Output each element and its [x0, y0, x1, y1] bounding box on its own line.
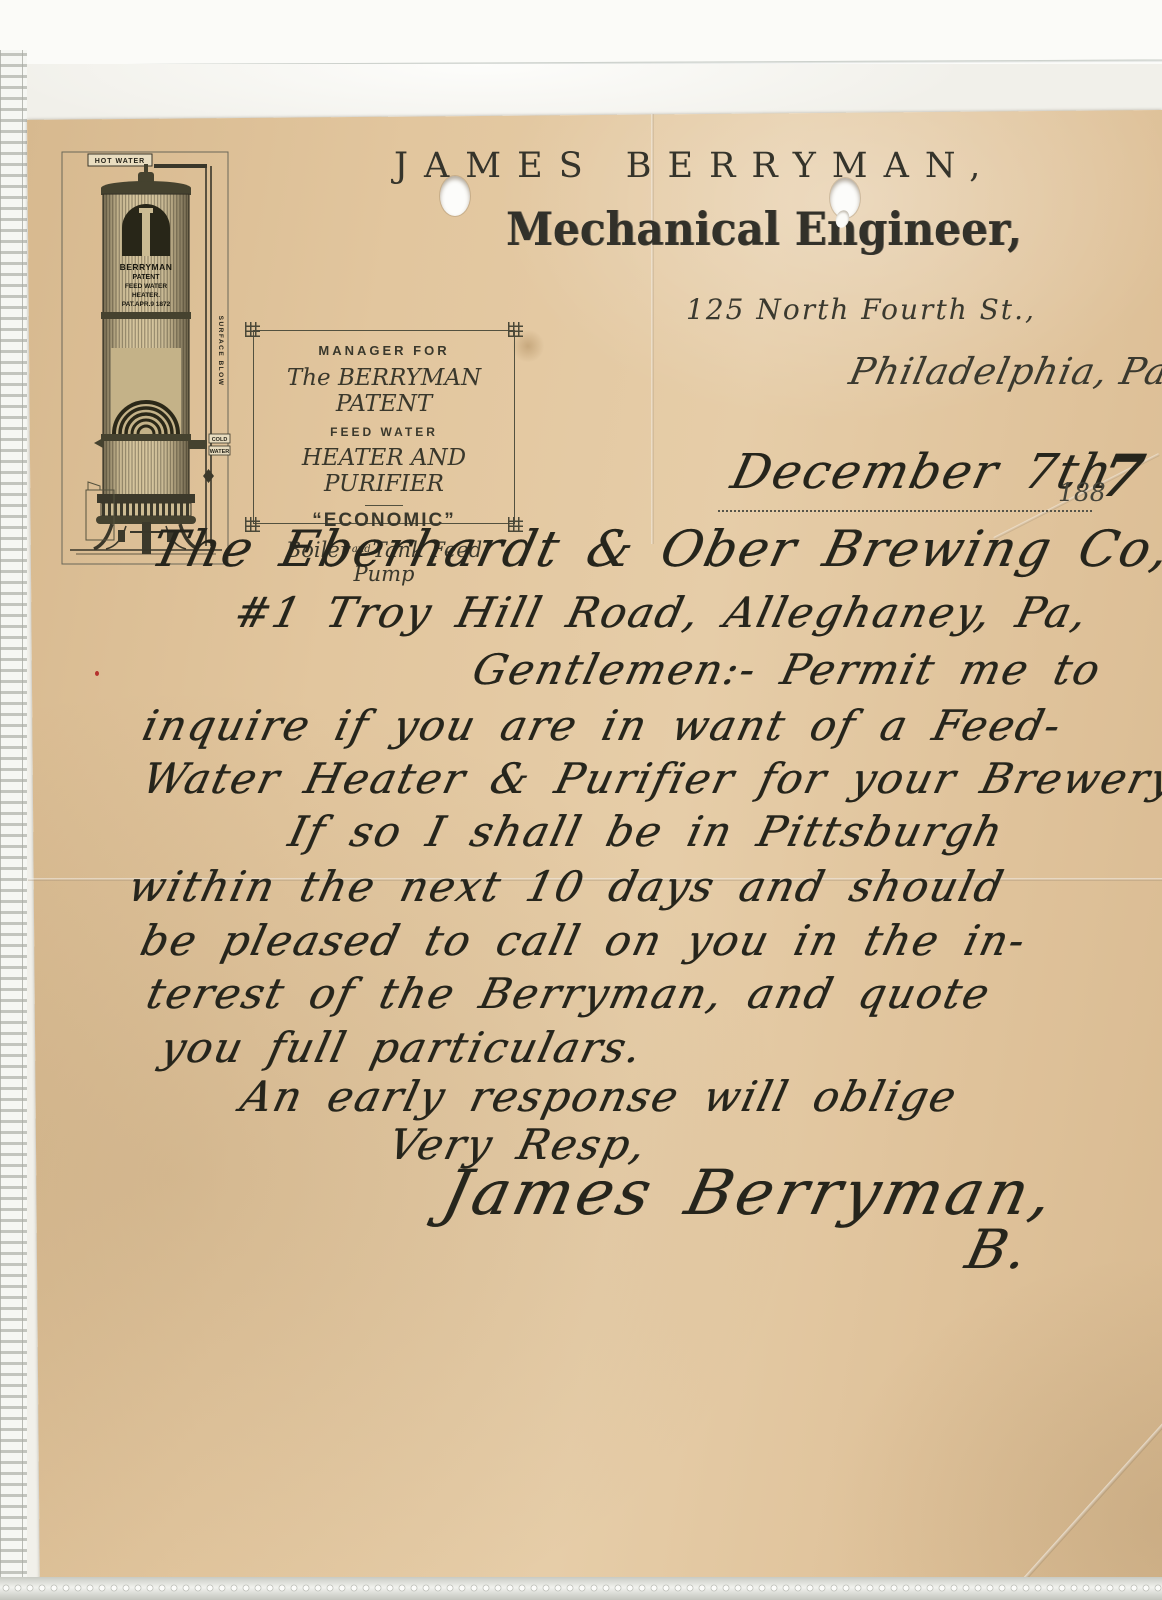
punch-hole-left [440, 176, 470, 216]
manager-box: MANAGER FOR The BERRYMAN PATENT FEED WAT… [253, 330, 515, 524]
salutation-line: Gentlemen:- Permit me to [468, 645, 1106, 694]
plate-line-5: PAT.APR.9 1872 [122, 301, 171, 308]
hot-water-label: HOT WATER [95, 158, 145, 165]
sleeve-bottom-seam [0, 1577, 1162, 1600]
body-line: If so I shall be in Pittsburgh [284, 807, 1009, 856]
feed-water-heater-engraving: HOT WATER BERRYMAN PATENT FEED WATER HEA… [60, 146, 232, 570]
red-ink-speck [95, 671, 99, 676]
water-label: WATER [210, 449, 229, 455]
recipient-address: #1 Troy Hill Road, Alleghaney, Pa, [230, 588, 1093, 637]
letterhead-city: Philadelphia, Pa. [845, 350, 1162, 393]
plate-line-1: BERRYMAN [120, 262, 173, 272]
body-line: within the next 10 days and should [124, 862, 1009, 911]
scanned-letter-page: HOT WATER BERRYMAN PATENT FEED WATER HEA… [0, 0, 1162, 1600]
manager-for-label: MANAGER FOR [254, 343, 514, 358]
letterhead-profession: Mechanical Engineer, [506, 202, 1022, 256]
body-line: you full particulars. [156, 1023, 648, 1072]
recipient-company: The Eberhardt & Ober Brewing Co, [146, 520, 1162, 578]
letterhead-street: 125 North Fourth St., [686, 293, 1036, 326]
plate-line-4: HEATER. [132, 292, 160, 299]
sleeve-left-seam [0, 50, 27, 1600]
plate-line-2: PATENT [133, 274, 161, 281]
corner-ornament-icon [245, 322, 260, 337]
feed-water-label: FEED WATER [254, 425, 514, 439]
patent-line: The BERRYMAN PATENT [254, 365, 514, 417]
date-dotted-rule [718, 510, 1092, 512]
surface-blow-label: SURFACE BLOW [217, 316, 224, 387]
corner-ornament-icon [508, 322, 523, 337]
plate-line-3: FEED WATER [125, 283, 167, 290]
cold-label: COLD [212, 437, 228, 443]
signature: James Berryman, [436, 1156, 1064, 1229]
body-line: Water Heater & Purifier for your Brewery [138, 754, 1162, 803]
body-line: inquire if you are in want of a Feed- [138, 701, 1067, 750]
letterhead-name: JAMES BERRYMAN, [394, 146, 996, 186]
body-line: terest of the Berryman, and quote [142, 969, 996, 1018]
body-line: An early response will oblige [236, 1072, 962, 1121]
body-line: be pleased to call on you in the in- [136, 916, 1031, 965]
box-divider [365, 505, 403, 506]
heater-purifier-line: HEATER AND PURIFIER [254, 445, 514, 497]
